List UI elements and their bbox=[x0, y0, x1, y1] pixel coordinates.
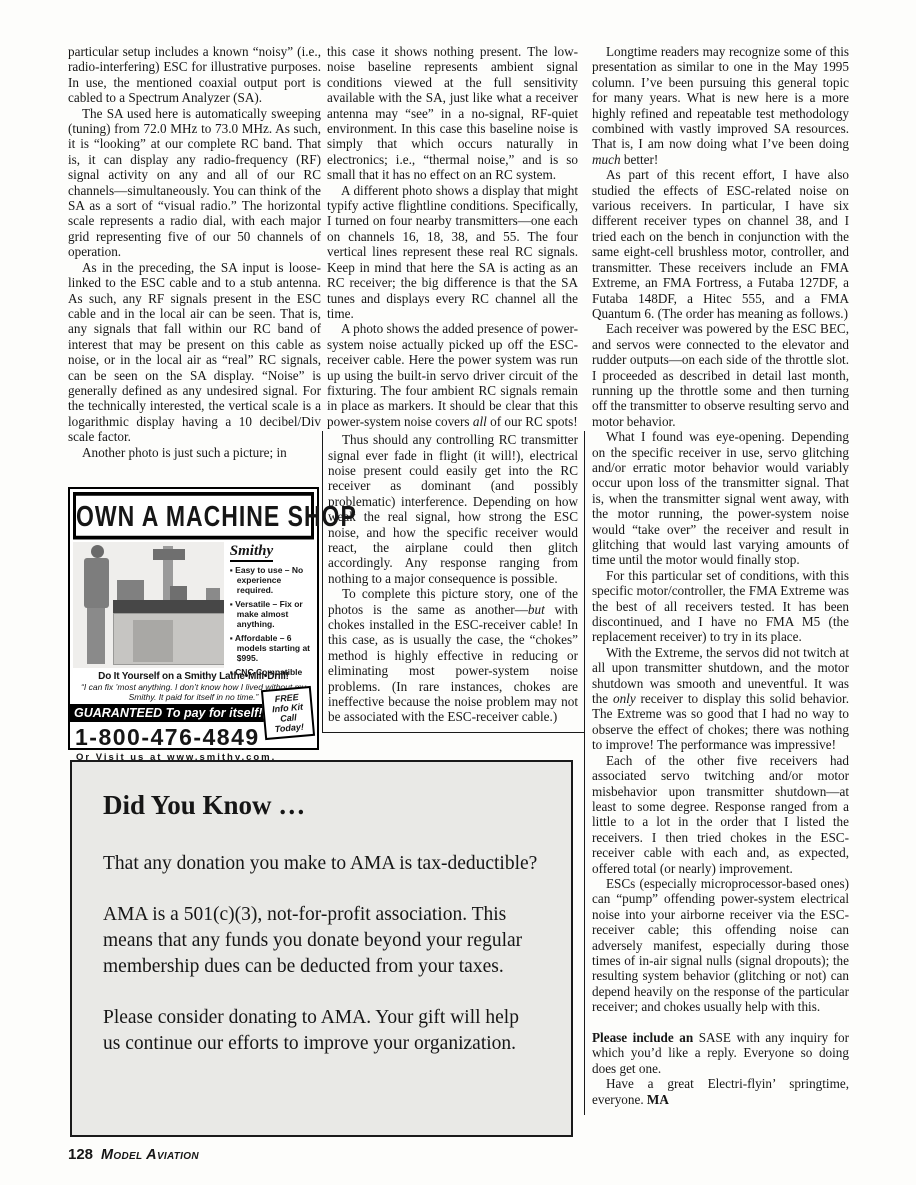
machine-shop-ad: OWN A MACHINE SHOP Smithy Easy to use – … bbox=[68, 487, 319, 750]
ad-main-row: Smithy Easy to use – No experience requi… bbox=[73, 542, 314, 668]
person-body bbox=[84, 558, 109, 608]
article-column-1: particular setup includes a known “noisy… bbox=[68, 44, 321, 460]
paragraph: this case it shows nothing present. The … bbox=[327, 44, 578, 183]
ad-headline: OWN A MACHINE SHOP bbox=[73, 492, 314, 540]
ad-feature-panel: Smithy Easy to use – No experience requi… bbox=[230, 542, 314, 668]
did-you-know-title: Did You Know … bbox=[103, 790, 541, 821]
paragraph: Thus should any controlling RC transmitt… bbox=[328, 432, 578, 586]
drill-head bbox=[153, 549, 185, 560]
text-line: Please consider donating to AMA. Your gi… bbox=[103, 1005, 541, 1057]
column-2-text: this case it shows nothing present. The … bbox=[322, 44, 585, 429]
paragraph: As part of this recent effort, I have al… bbox=[592, 167, 849, 321]
did-you-know-box: Did You Know … That any donation you mak… bbox=[70, 760, 573, 1137]
text-line: Versatile – Fix or make almost anything. bbox=[230, 599, 314, 629]
paragraph: Please include an SASE with any inquiry … bbox=[592, 1030, 849, 1076]
paragraph: Another photo is just such a picture; in bbox=[68, 445, 321, 460]
did-you-know-text: That any donation you make to AMA is tax… bbox=[103, 851, 541, 1057]
page-footer: 128Model Aviation bbox=[68, 1146, 199, 1164]
person-legs bbox=[87, 608, 105, 664]
paragraph: What I found was eye-opening. Depending … bbox=[592, 429, 849, 568]
text-line: Easy to use – No experience required. bbox=[230, 565, 314, 595]
lathe-bed bbox=[113, 600, 224, 613]
ad-brand-logo: Smithy bbox=[230, 543, 273, 562]
paragraph: Each of the other five receivers had ass… bbox=[592, 753, 849, 876]
paragraph: A photo shows the added presence of powe… bbox=[327, 321, 578, 429]
paragraph: particular setup includes a known “noisy… bbox=[68, 44, 321, 106]
magazine-page: particular setup includes a known “noisy… bbox=[0, 0, 916, 1185]
person-head bbox=[91, 545, 104, 558]
text-line: AMA is a 501(c)(3), not-for-profit assoc… bbox=[103, 902, 541, 980]
paragraph: With the Extreme, the servos did not twi… bbox=[592, 645, 849, 753]
text-line: Affordable – 6 models starting at $995. bbox=[230, 633, 314, 663]
paragraph: To complete this picture story, one of t… bbox=[328, 586, 578, 725]
paragraph: Each receiver was powered by the ESC BEC… bbox=[592, 321, 849, 429]
paragraph: For this particular set of conditions, w… bbox=[592, 568, 849, 645]
paragraph: As in the preceding, the SA input is loo… bbox=[68, 260, 321, 445]
lathe-headstock bbox=[117, 580, 144, 600]
paragraph: A different photo shows a display that m… bbox=[327, 183, 578, 322]
page-number: 128 bbox=[68, 1146, 93, 1163]
article-column-3: Longtime readers may recognize some of t… bbox=[592, 44, 849, 1107]
lathe-tailstock bbox=[206, 588, 220, 600]
paragraph: Longtime readers may recognize some of t… bbox=[592, 44, 849, 167]
lathe-carriage bbox=[170, 586, 187, 600]
ad-tagline: Do It Yourself on a Smithy Lathe•Mill•Dr… bbox=[70, 671, 317, 682]
paragraph: ESCs (especially microprocessor-based on… bbox=[592, 876, 849, 1015]
ad-guarantee-bar: GUARANTEED To pay for itself! bbox=[70, 704, 265, 722]
machine-shop-photo bbox=[73, 542, 224, 668]
magazine-title: Model Aviation bbox=[101, 1147, 199, 1163]
middle-note-box: Thus should any controlling RC transmitt… bbox=[322, 431, 585, 733]
paragraph: The SA used here is automatically sweepi… bbox=[68, 106, 321, 260]
ad-feature-bullets: Easy to use – No experience required.Ver… bbox=[230, 565, 314, 677]
text-line: That any donation you make to AMA is tax… bbox=[103, 851, 541, 877]
ad-free-kit-badge: FREEInfo KitCallToday! bbox=[261, 686, 315, 740]
paragraph: Have a great Electri-flyin’ springtime, … bbox=[592, 1076, 849, 1107]
stand-panel bbox=[133, 620, 173, 662]
